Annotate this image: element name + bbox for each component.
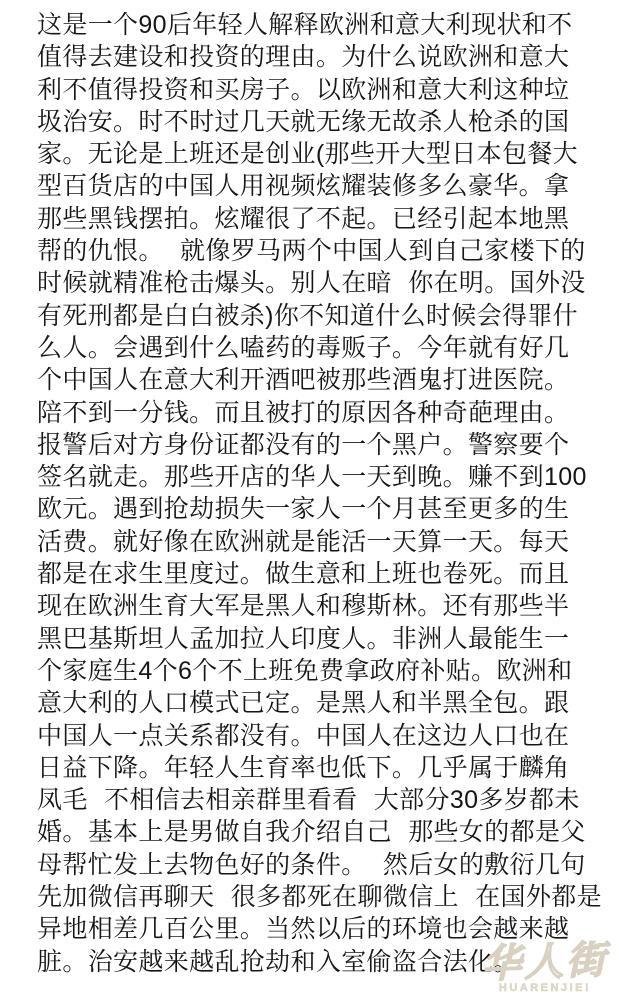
text-line: 活费。就好像在欧洲就是能活一天算一天。每天 [37,526,619,558]
text-line: 个中国人在意大利开酒吧被那些酒鬼打进医院。 [37,364,619,396]
text-line: 脏。治安越来越乱抢劫和入室偷盗合法化。 [37,946,619,978]
text-line: 婚。基本上是男做自我介绍自己 那些女的都是父 [37,816,619,848]
text-line: 陪不到一分钱。而且被打的原因各种奇葩理由。 [37,397,619,429]
text-line: 报警后对方身份证都没有的一个黑户。警察要个 [37,429,619,461]
text-line: 型百货店的中国人用视频炫耀装修多么豪华。拿 [37,170,619,202]
text-line: 利不值得投资和买房子。以欧洲和意大利这种垃 [37,74,619,106]
text-line: 么人。会遇到什么嗑药的毒贩子。今年就有好几 [37,332,619,364]
text-line: 欧元。遇到抢劫损失一家人一个月甚至更多的生 [37,493,619,525]
text-line: 黑巴基斯坦人孟加拉人印度人。非洲人最能生一 [37,623,619,655]
text-line: 有死刑都是白白被杀)你不知道什么时候会得罪什 [37,300,619,332]
text-line: 母帮忙发上去物色好的条件。 然后女的敷衍几句 [37,849,619,881]
text-line: 值得去建设和投资的理由。为什么说欧洲和意大 [37,41,619,73]
text-line: 家。无论是上班还是创业(那些开大型日本包餐大 [37,138,619,170]
text-line: 圾治安。时不时过几天就无缘无故杀人枪杀的国 [37,106,619,138]
text-line: 先加微信再聊天 很多都死在聊微信上 在国外都是 [37,881,619,913]
post-text-block: 这是一个90后年轻人解释欧洲和意大利现状和不值得去建设和投资的理由。为什么说欧洲… [37,9,619,978]
text-line: 中国人一点关系都没有。中国人在这边人口也在 [37,720,619,752]
huarenjie-caption-text: HUARENJIE! [469,982,619,994]
text-line: 帮的仇恨。 就像罗马两个中国人到自己家楼下的 [37,235,619,267]
text-line: 都是在求生里度过。做生意和上班也卷死。而且 [37,558,619,590]
text-line: 日益下降。年轻人生育率也低下。几乎属于麟角 [37,752,619,784]
text-line: 时候就精准枪击爆头。别人在暗 你在明。国外没 [37,267,619,299]
text-line: 异地相差几百公里。当然以后的环境也会越来越 [37,913,619,945]
text-line: 那些黑钱摆拍。炫耀很了不起。已经引起本地黑 [37,203,619,235]
text-line: 凤毛 不相信去相亲群里看看 大部分30多岁都未 [37,784,619,816]
text-line: 个家庭生4个6个不上班免费拿政府补贴。欧洲和 [37,655,619,687]
text-line: 意大利的人口模式已定。是黑人和半黑全包。跟 [37,687,619,719]
text-line: 签名就走。那些开店的华人一天到晚。赚不到100 [37,461,619,493]
text-line: 现在欧洲生育大军是黑人和穆斯林。还有那些半 [37,590,619,622]
text-line: 这是一个90后年轻人解释欧洲和意大利现状和不 [37,9,619,41]
